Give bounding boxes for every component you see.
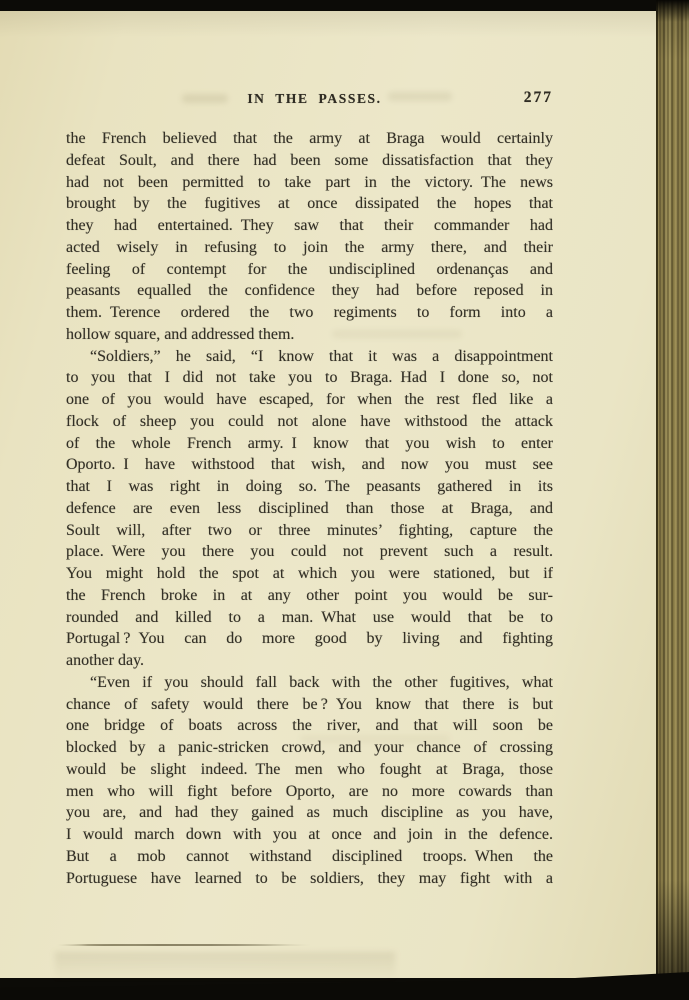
- text-line: another day.: [66, 650, 553, 672]
- paragraph: the French believed that the army at Bra…: [66, 128, 553, 346]
- text-line: you are, and had they gained as much dis…: [66, 802, 553, 824]
- page-curl-shadow-line: [57, 944, 312, 946]
- paragraph: “Soldiers,” he said, “I know that it was…: [66, 346, 553, 672]
- book-page-scan: IN THE PASSES. 277 the French believed t…: [0, 0, 689, 1000]
- text-line: the French believed that the army at Bra…: [66, 128, 553, 150]
- text-line: flock of sheep you could not alone have …: [66, 411, 553, 433]
- text-line: chance of safety would there be ? You kn…: [66, 694, 553, 716]
- text-line: brought by the fugitives at once dissipa…: [66, 193, 553, 215]
- text-line: men who will fight before Oporto, are no…: [66, 781, 553, 803]
- text-line: that I was right in doing so. The peasan…: [66, 476, 553, 498]
- text-line: Soult will, after two or three minutes’ …: [66, 520, 553, 542]
- chapter-title: IN THE PASSES.: [71, 91, 558, 107]
- text-line: “Even if you should fall back with the o…: [66, 672, 553, 694]
- text-line: to you that I did not take you to Braga.…: [66, 367, 553, 389]
- text-line: one bridge of boats across the river, an…: [66, 715, 553, 737]
- paragraph: “Even if you should fall back with the o…: [66, 672, 553, 890]
- text-line: But a mob cannot withstand disciplined t…: [66, 846, 553, 868]
- page-curl-shadow-band: [55, 952, 395, 980]
- text-line: they had entertained. They saw that thei…: [66, 215, 553, 237]
- page-number: 277: [524, 89, 553, 107]
- text-line: defeat Soult, and there had been some di…: [66, 150, 553, 172]
- text-line: hollow square, and addressed them.: [66, 324, 553, 346]
- text-line: had not been permitted to take part in t…: [66, 172, 553, 194]
- text-line: rounded and killed to a man. What use wo…: [66, 607, 553, 629]
- text-line: You might hold the spot at which you wer…: [66, 563, 553, 585]
- text-line: “Soldiers,” he said, “I know that it was…: [66, 346, 553, 368]
- text-line: would be slight indeed. The men who foug…: [66, 759, 553, 781]
- text-line: the French broke in at any other point y…: [66, 585, 553, 607]
- text-line: blocked by a panic-stricken crowd, and y…: [66, 737, 553, 759]
- text-line: Portuguese have learned to be soldiers, …: [66, 868, 553, 890]
- text-line: them. Terence ordered the two regiments …: [66, 302, 553, 324]
- fore-edge-page-stack: [656, 0, 689, 1000]
- text-line: of the whole French army. I know that yo…: [66, 433, 553, 455]
- running-header: IN THE PASSES. 277: [66, 91, 553, 111]
- text-line: Oporto. I have withstood that wish, and …: [66, 454, 553, 476]
- text-line: defence are even less disciplined than t…: [66, 498, 553, 520]
- text-line: peasants equalled the confidence they ha…: [66, 280, 553, 302]
- text-line: one of you would have escaped, for when …: [66, 389, 553, 411]
- text-line: place. Were you there you could not prev…: [66, 541, 553, 563]
- text-line: feeling of contempt for the undiscipline…: [66, 259, 553, 281]
- text-line: Portugal ? You can do more good by livin…: [66, 628, 553, 650]
- text-line: acted wisely in refusing to join the arm…: [66, 237, 553, 259]
- body-text: the French believed that the army at Bra…: [66, 128, 553, 889]
- text-line: I would march down with you at once and …: [66, 824, 553, 846]
